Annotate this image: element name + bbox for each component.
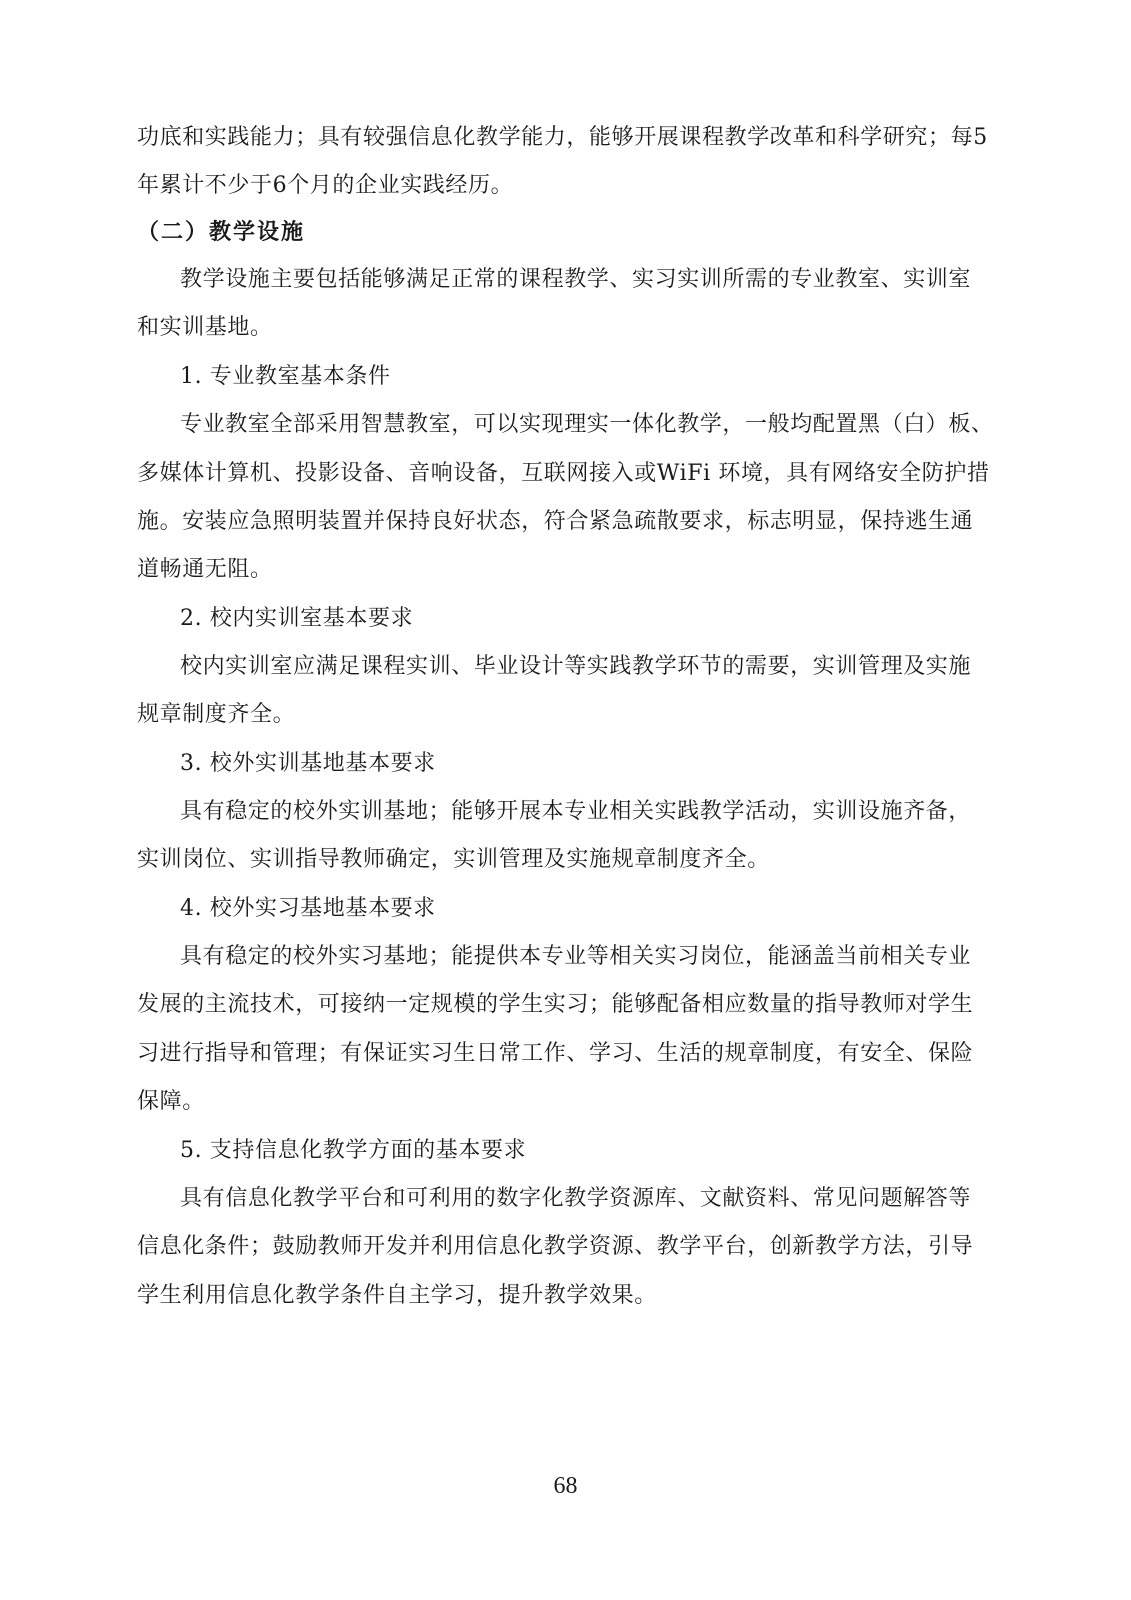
- paragraph-line: 规章制度齐全。: [137, 700, 295, 730]
- subsection-heading: 1. 专业教室基本条件: [180, 362, 391, 392]
- section-heading: （二）教学设施: [137, 217, 305, 247]
- paragraph-line: 和实训基地。: [137, 313, 273, 343]
- subsection-heading: 2. 校内实训室基本要求: [180, 604, 413, 634]
- paragraph-line: 功底和实践能力；具有较强信息化教学能力，能够开展课程教学改革和科学研究；每5: [137, 123, 988, 153]
- subsection-heading: 5. 支持信息化教学方面的基本要求: [180, 1136, 526, 1166]
- paragraph-line: 具有稳定的校外实训基地；能够开展本专业相关实践教学活动，实训设施齐备，: [180, 797, 971, 827]
- paragraph-line: 发展的主流技术，可接纳一定规模的学生实习；能够配备相应数量的指导教师对学生: [137, 990, 973, 1020]
- paragraph-line: 具有信息化教学平台和可利用的数字化教学资源库、文献资料、常见问题解答等: [180, 1184, 971, 1214]
- paragraph-line: 施。安装应急照明装置并保持良好状态，符合紧急疏散要求，标志明显，保持逃生通: [137, 507, 973, 537]
- paragraph-line: 学生利用信息化教学条件自主学习，提升教学效果。: [137, 1281, 657, 1311]
- paragraph-line: 教学设施主要包括能够满足正常的课程教学、实习实训所需的专业教室、实训室: [180, 265, 971, 295]
- paragraph-line: 年累计不少于6个月的企业实践经历。: [137, 171, 513, 201]
- paragraph-line: 信息化条件；鼓励教师开发并利用信息化教学资源、教学平台，创新教学方法，引导: [137, 1232, 973, 1262]
- paragraph-line: 实训岗位、实训指导教师确定，实训管理及实施规章制度齐全。: [137, 845, 770, 875]
- subsection-heading: 3. 校外实训基地基本要求: [180, 749, 436, 779]
- subsection-heading: 4. 校外实习基地基本要求: [180, 894, 436, 924]
- paragraph-line: 道畅通无阻。: [137, 555, 273, 585]
- paragraph-line: 习进行指导和管理；有保证实习生日常工作、学习、生活的规章制度，有安全、保险: [137, 1039, 973, 1069]
- paragraph-line: 保障。: [137, 1087, 205, 1117]
- paragraph-line: 多媒体计算机、投影设备、音响设备，互联网接入或WiFi 环境，具有网络安全防护措: [137, 459, 990, 489]
- page-number: 68: [0, 1473, 1131, 1500]
- paragraph-line: 具有稳定的校外实习基地；能提供本专业等相关实习岗位，能涵盖当前相关专业: [180, 942, 971, 972]
- paragraph-line: 校内实训室应满足课程实训、毕业设计等实践教学环节的需要，实训管理及实施: [180, 652, 971, 682]
- paragraph-line: 专业教室全部采用智慧教室，可以实现理实一体化教学，一般均配置黑（白）板、: [180, 410, 994, 440]
